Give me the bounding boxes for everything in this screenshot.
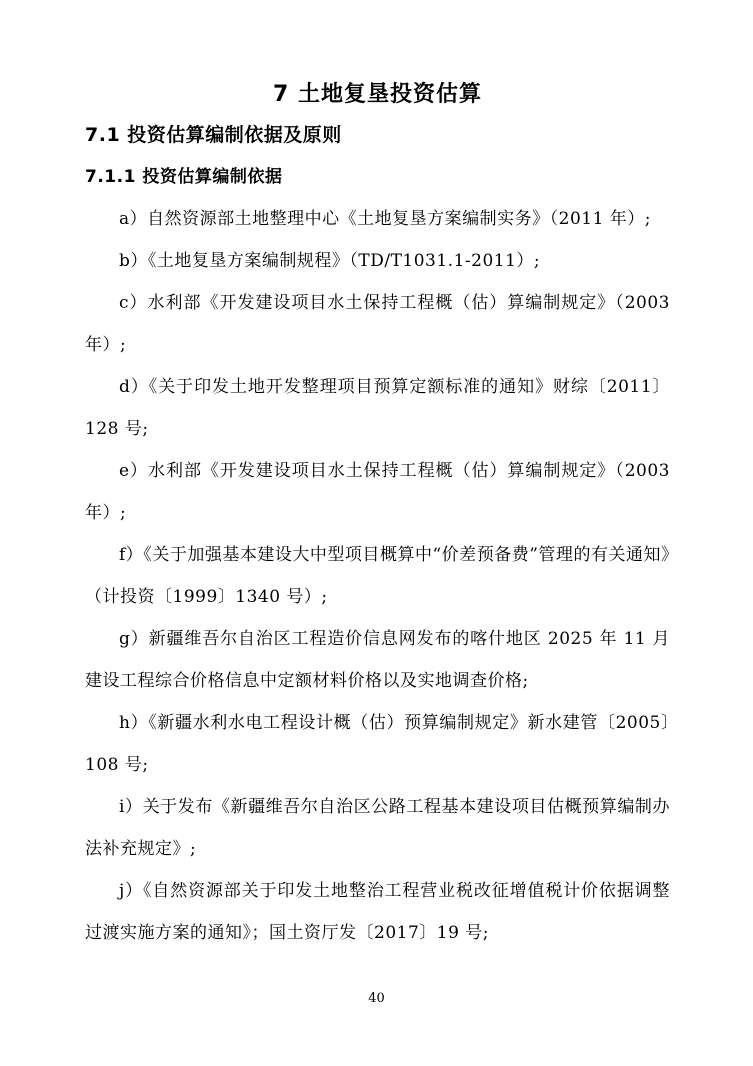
page-number: 40 [0, 991, 753, 1006]
chapter-title: 7 土地复垦投资估算 [85, 82, 670, 108]
document-page: 7 土地复垦投资估算 7.1 投资估算编制依据及原则 7.1.1 投资估算编制依… [0, 0, 753, 1066]
subsection-heading: 7.1.1 投资估算编制依据 [85, 167, 670, 188]
reference-item-c: c）水利部《开发建设项目水土保持工程概（估）算编制规定》（2003 年）; [85, 282, 670, 366]
section-heading: 7.1 投资估算编制依据及原则 [85, 124, 670, 147]
reference-item-d: d）《关于印发土地开发整理项目预算定额标准的通知》财综〔2011〕128 号; [85, 366, 670, 450]
page-content: 7 土地复垦投资估算 7.1 投资估算编制依据及原则 7.1.1 投资估算编制依… [85, 82, 670, 954]
reference-list: a）自然资源部土地整理中心《土地复垦方案编制实务》（2011 年）; b）《土地… [85, 198, 670, 954]
reference-item-e: e）水利部《开发建设项目水土保持工程概（估）算编制规定》（2003 年）; [85, 450, 670, 534]
reference-item-f: f）《关于加强基本建设大中型项目概算中“价差预备费”管理的有关通知》（计投资〔1… [85, 534, 670, 618]
reference-item-i: i）关于发布《新疆维吾尔自治区公路工程基本建设项目估概预算编制办法补充规定》; [85, 786, 670, 870]
reference-item-a: a）自然资源部土地整理中心《土地复垦方案编制实务》（2011 年）; [85, 198, 670, 240]
reference-item-j: j）《自然资源部关于印发土地整治工程营业税改征增值税计价依据调整过渡实施方案的通… [85, 870, 670, 954]
reference-item-g: g）新疆维吾尔自治区工程造价信息网发布的喀什地区 2025 年 11 月建设工程… [85, 618, 670, 702]
reference-item-b: b）《土地复垦方案编制规程》（TD/T1031.1-2011）; [85, 240, 670, 282]
reference-item-h: h）《新疆水利水电工程设计概（估）预算编制规定》新水建管〔2005〕108 号; [85, 702, 670, 786]
